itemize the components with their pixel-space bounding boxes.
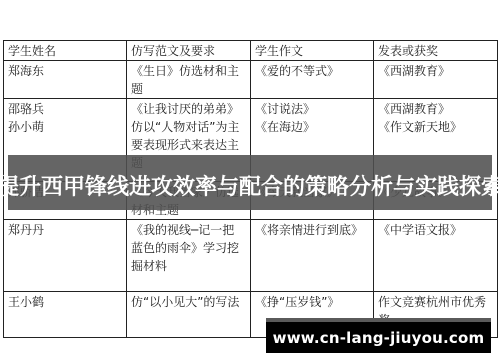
essay-title: 《将亲情进行到底》 (255, 221, 369, 239)
header-publication-award: 发表或获奖 (374, 41, 498, 61)
cell-student-name: 王小鹤 (4, 292, 127, 338)
publication-name: 《西湖教育》 (378, 100, 493, 118)
essay-title: 《讨说法》 (255, 100, 369, 118)
requirement-text: 仿“以小见大”的写法 (131, 293, 246, 311)
requirement-text: 《我的视线─记一把蓝色的雨伞》学习挖掘材料 (131, 221, 246, 275)
cell-requirement: 《生日》仿选材和主题 (127, 61, 251, 99)
cell-essay: 《爱的不等式》 (251, 61, 374, 99)
student-name: 邵骆兵 (8, 100, 122, 118)
cell-publication: 《中学语文报》 (374, 220, 498, 292)
essay-title: 《在海边》 (255, 118, 369, 136)
essay-title: 《爱的不等式》 (255, 62, 369, 80)
student-name: 孙小萌 (8, 118, 122, 136)
header-model-essay-requirement: 仿写范文及要求 (127, 41, 251, 61)
table-row: 郑丹丹 《我的视线─记一把蓝色的雨伞》学习挖掘材料 《将亲情进行到底》 《中学语… (4, 220, 498, 292)
student-name: 郑丹丹 (8, 221, 122, 239)
cell-requirement: 《我的视线─记一把蓝色的雨伞》学习挖掘材料 (127, 220, 251, 292)
header-student-essay: 学生作文 (251, 41, 374, 61)
title-banner: 提升西甲锋线进攻效率与配合的策略分析与实践探索 (8, 155, 492, 210)
publication-name: 《西湖教育》 (378, 62, 493, 80)
cell-student-name: 郑海东 (4, 61, 127, 99)
publication-name: 《中学语文报》 (378, 221, 493, 239)
cell-student-name: 郑丹丹 (4, 220, 127, 292)
watermark-url: www.cn-lang-jiuyou.com (273, 329, 485, 347)
cell-requirement: 仿“以小见大”的写法 (127, 292, 251, 338)
banner-title: 提升西甲锋线进攻效率与配合的策略分析与实践探索 (0, 170, 500, 201)
publication-name: 《作文新天地》 (378, 118, 493, 136)
student-name: 郑海东 (8, 62, 122, 80)
cell-essay: 《将亲情进行到底》 (251, 220, 374, 292)
table-row: 郑海东 《生日》仿选材和主题 《爱的不等式》 《西湖教育》 (4, 61, 498, 99)
header-student-name: 学生姓名 (4, 41, 127, 61)
requirement-text: 《生日》仿选材和主题 (131, 62, 246, 98)
table-header-row: 学生姓名 仿写范文及要求 学生作文 发表或获奖 (4, 41, 498, 61)
essay-title: 《挣“压岁钱”》 (255, 293, 369, 311)
student-name: 王小鹤 (8, 293, 122, 311)
watermark-box: www.cn-lang-jiuyou.com (266, 318, 491, 353)
cell-publication: 《西湖教育》 (374, 61, 498, 99)
